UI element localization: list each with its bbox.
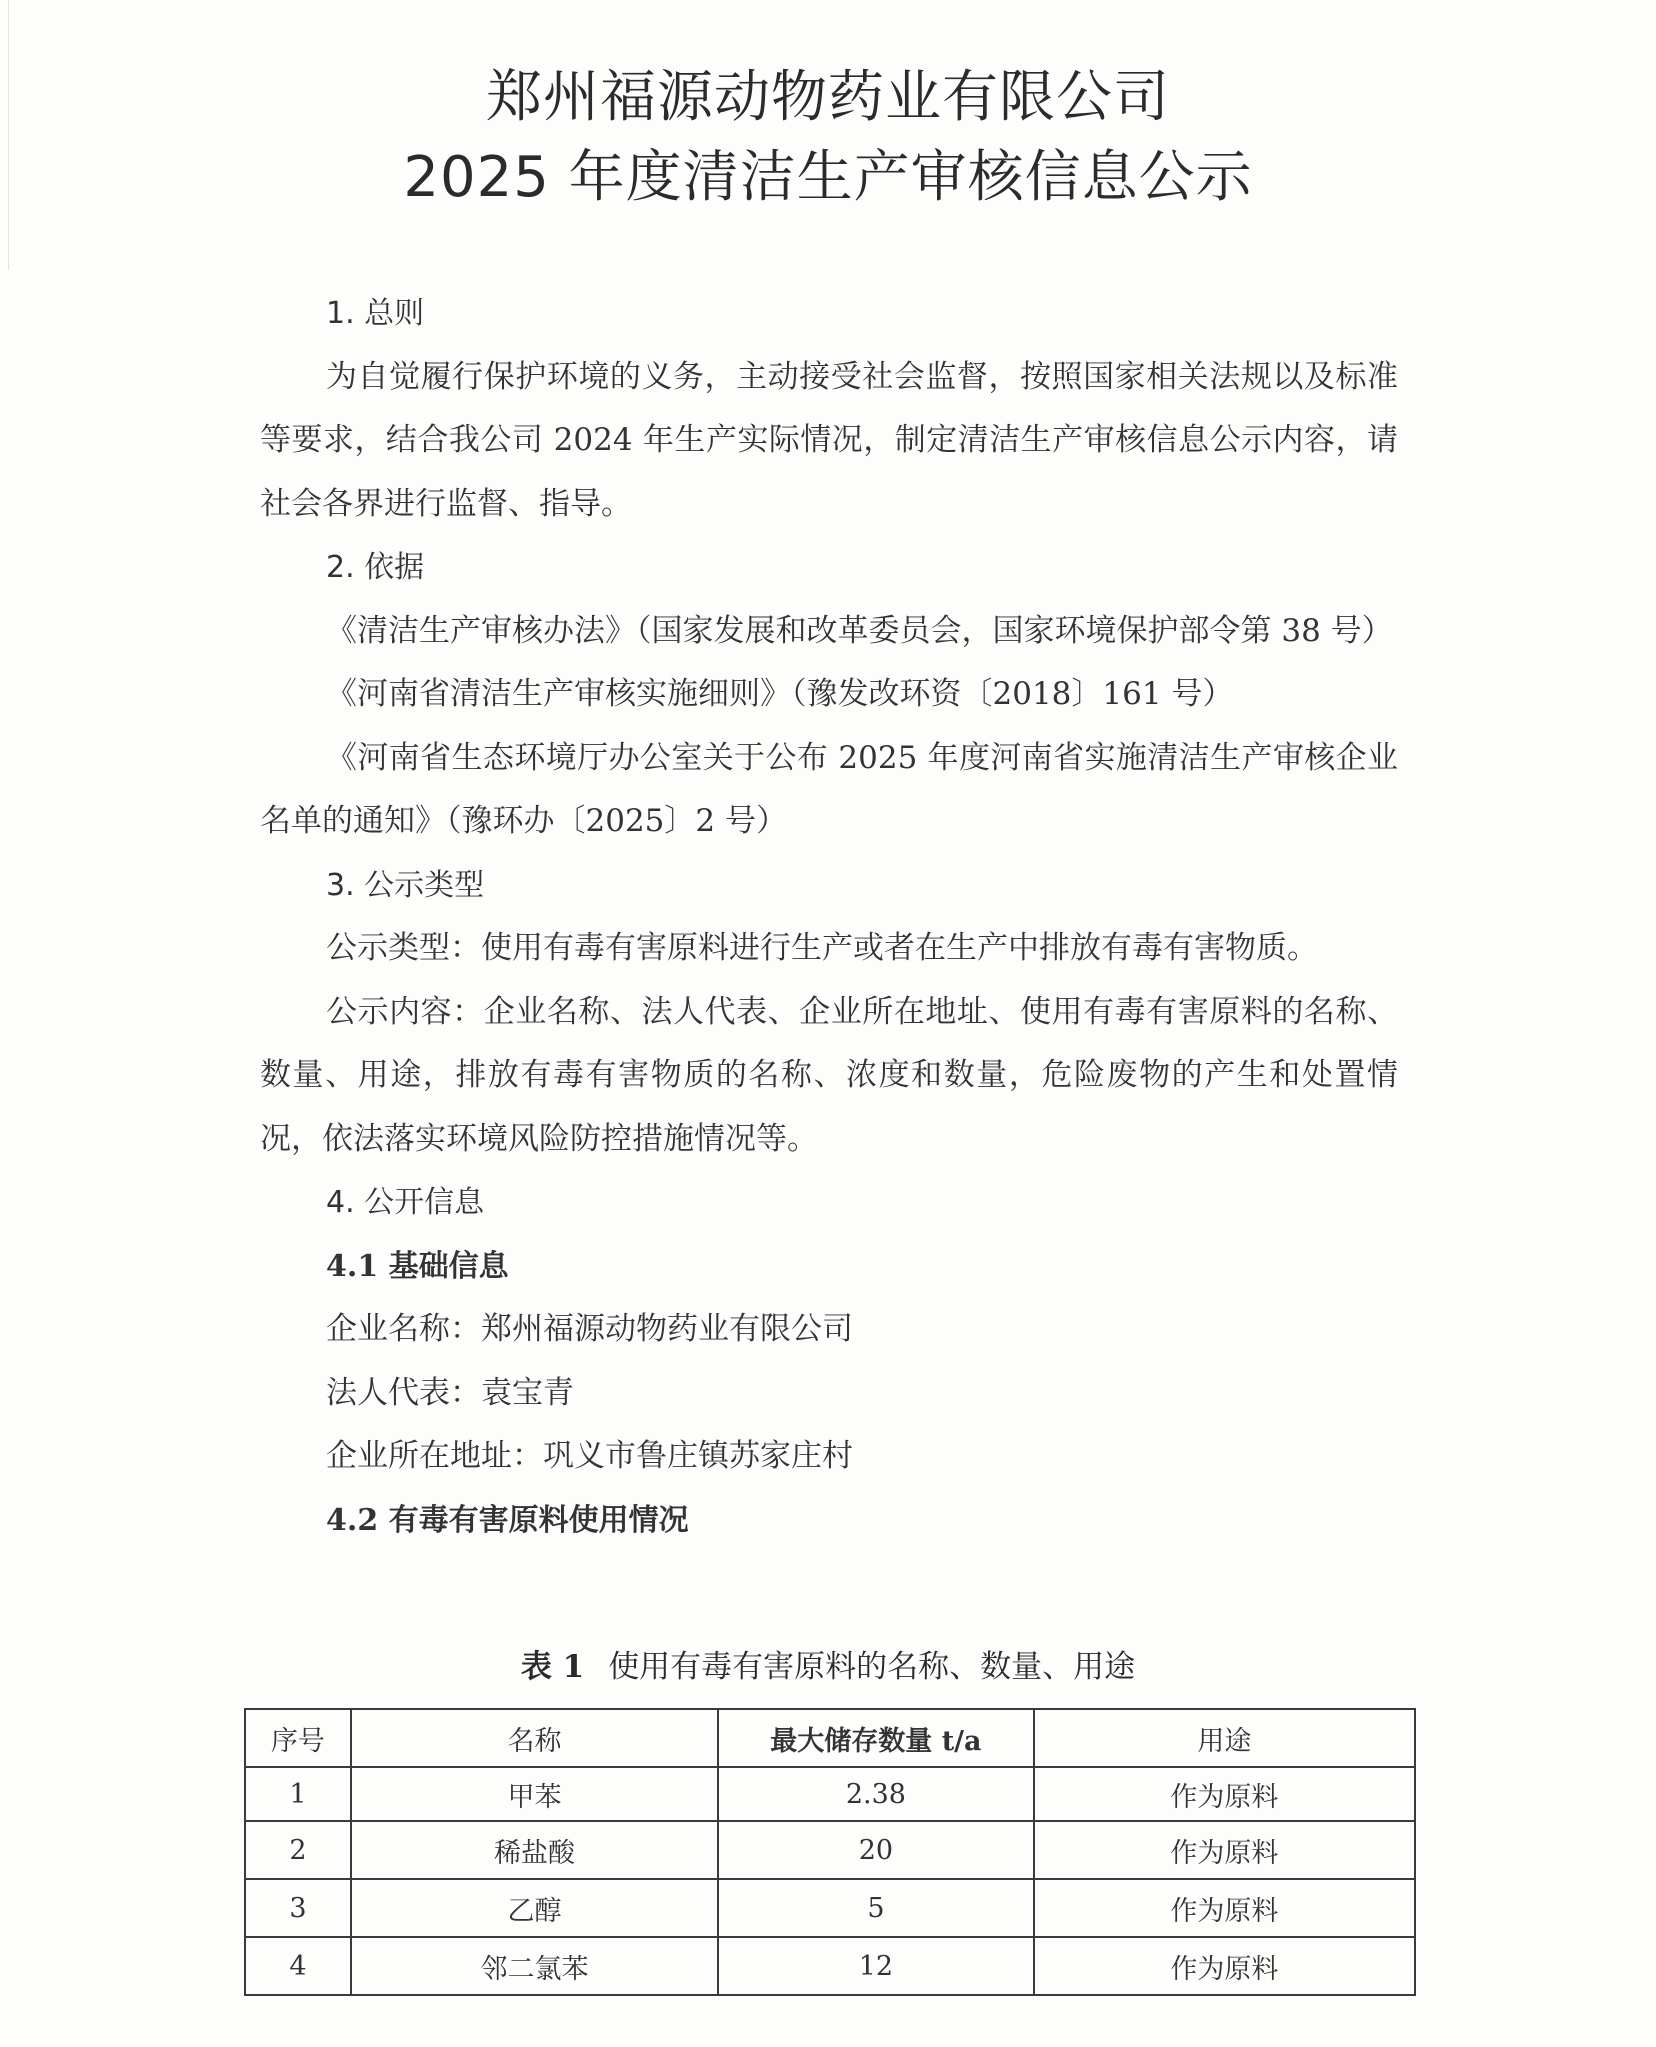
cell-index: 4 <box>245 1937 351 1995</box>
cell-usage: 作为原料 <box>1034 1821 1415 1879</box>
table-header-row: 序号 名称 最大储存数量 t/a 用途 <box>245 1709 1415 1767</box>
toxic-materials-table: 序号 名称 最大储存数量 t/a 用途 1 甲苯 2.38 作为原料 2 稀盐酸… <box>244 1708 1416 1996</box>
table-row: 4 邻二氯苯 12 作为原料 <box>245 1937 1415 1995</box>
table-row: 1 甲苯 2.38 作为原料 <box>245 1767 1415 1821</box>
document-title-line2: 2025 年度清洁生产审核信息公示 <box>0 138 1656 218</box>
table-caption-text: 使用有毒有害原料的名称、数量、用途 <box>608 1649 1135 1685</box>
subsection-heading-toxic-materials: 4.2 有毒有害原料使用情况 <box>260 1489 1398 1553</box>
cell-max-storage: 20 <box>718 1821 1034 1879</box>
legal-representative-field: 法人代表：袁宝青 <box>260 1362 1398 1426</box>
cell-usage: 作为原料 <box>1034 1879 1415 1937</box>
cell-usage: 作为原料 <box>1034 1767 1415 1821</box>
table-row: 3 乙醇 5 作为原料 <box>245 1879 1415 1937</box>
section-heading-basis: 2. 依据 <box>260 536 1398 600</box>
cell-usage: 作为原料 <box>1034 1937 1415 1995</box>
header-usage: 用途 <box>1034 1709 1415 1767</box>
reference-item: 《河南省清洁生产审核实施细则》（豫发改环资〔2018〕161 号） <box>260 663 1398 727</box>
cell-max-storage: 2.38 <box>718 1767 1034 1821</box>
cell-index: 1 <box>245 1767 351 1821</box>
cell-max-storage: 5 <box>718 1879 1034 1937</box>
cell-name: 甲苯 <box>351 1767 718 1821</box>
cell-name: 稀盐酸 <box>351 1821 718 1879</box>
cell-name: 邻二氯苯 <box>351 1937 718 1995</box>
company-address-field: 企业所在地址：巩义市鲁庄镇苏家庄村 <box>260 1425 1398 1489</box>
cell-name: 乙醇 <box>351 1879 718 1937</box>
document-title-line1: 郑州福源动物药业有限公司 <box>0 58 1656 138</box>
disclosure-type-text: 公示类型：使用有毒有害原料进行生产或者在生产中排放有毒有害物质。 <box>260 917 1398 981</box>
header-name: 名称 <box>351 1709 718 1767</box>
reference-item: 《清洁生产审核办法》（国家发展和改革委员会，国家环境保护部令第 38 号） <box>260 600 1398 664</box>
document-body: 1. 总则 为自觉履行保护环境的义务，主动接受社会监督，按照国家相关法规以及标准… <box>260 282 1398 1552</box>
subsection-heading-basic-info: 4.1 基础信息 <box>260 1235 1398 1299</box>
header-index: 序号 <box>245 1709 351 1767</box>
header-max-storage: 最大储存数量 t/a <box>718 1709 1034 1767</box>
cell-max-storage: 12 <box>718 1937 1034 1995</box>
general-paragraph: 为自觉履行保护环境的义务，主动接受社会监督，按照国家相关法规以及标准等要求，结合… <box>260 346 1398 537</box>
cell-index: 3 <box>245 1879 351 1937</box>
company-name-field: 企业名称：郑州福源动物药业有限公司 <box>260 1298 1398 1362</box>
reference-item: 《河南省生态环境厅办公室关于公布 2025 年度河南省实施清洁生产审核企业名单的… <box>260 727 1398 854</box>
section-heading-general: 1. 总则 <box>260 282 1398 346</box>
section-heading-disclosure-type: 3. 公示类型 <box>260 854 1398 918</box>
section-heading-public-info: 4. 公开信息 <box>260 1171 1398 1235</box>
disclosure-content-text: 公示内容：企业名称、法人代表、企业所在地址、使用有毒有害原料的名称、数量、用途，… <box>260 981 1398 1172</box>
table-caption-label: 表 1 <box>521 1649 584 1685</box>
cell-index: 2 <box>245 1821 351 1879</box>
table-caption: 表 1使用有毒有害原料的名称、数量、用途 <box>0 1642 1656 1692</box>
table-row: 2 稀盐酸 20 作为原料 <box>245 1821 1415 1879</box>
